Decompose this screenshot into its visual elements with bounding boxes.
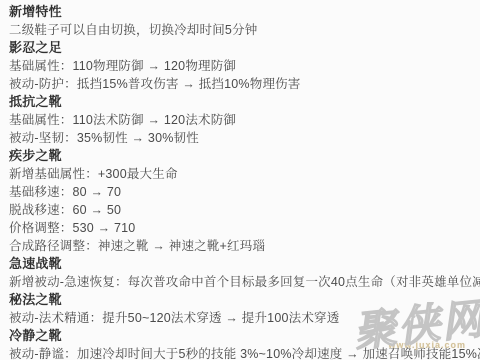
patch-line: 新增被动-急速恢复：每次普攻命中首个目标最多回复一次40点生命（对非英雄单位减半… [9,273,470,291]
patch-line: 基础属性：110物理防御 → 120物理防御 [9,57,470,75]
patch-line: 被动-坚韧：35%韧性 → 30%韧性 [9,129,470,147]
article-page: 新增特性 二级鞋子可以自由切换，切换冷却时间5分钟 影忍之足 基础属性：110物… [0,0,480,360]
patch-line: 被动-静谧：加速冷却时间大于5秒的技能 3%~10%冷却速度 → 加速召唤师技能… [9,345,470,360]
patch-line: 基础属性：110法术防御 → 120法术防御 [9,111,470,129]
patch-line: 被动-法术精通：提升50~120法术穿透 → 提升100法术穿透 [9,309,470,327]
patch-line: 二级鞋子可以自由切换，切换冷却时间5分钟 [9,21,470,39]
patch-notes-text: 新增特性 二级鞋子可以自由切换，切换冷却时间5分钟 影忍之足 基础属性：110物… [0,0,480,360]
patch-line: 价格调整：530 → 710 [9,219,470,237]
section-heading-new-features: 新增特性 [9,3,470,21]
section-heading-arcane-boots: 秘法之靴 [9,291,470,309]
section-heading-cooldown-boots: 冷静之靴 [9,327,470,345]
section-heading-shadow-foot: 影忍之足 [9,39,470,57]
section-heading-resist-boots: 抵抗之靴 [9,93,470,111]
section-heading-rapid-warboots: 急速战靴 [9,255,470,273]
patch-line: 脱战移速：60 → 50 [9,201,470,219]
patch-line: 合成路径调整：神速之靴 → 神速之靴+红玛瑙 [9,237,470,255]
patch-line: 被动-防护：抵挡15%普攻伤害 → 抵挡10%物理伤害 [9,75,470,93]
section-heading-swift-boots: 疾步之靴 [9,147,470,165]
patch-line: 基础移速：80 → 70 [9,183,470,201]
patch-line: 新增基础属性：+300最大生命 [9,165,470,183]
